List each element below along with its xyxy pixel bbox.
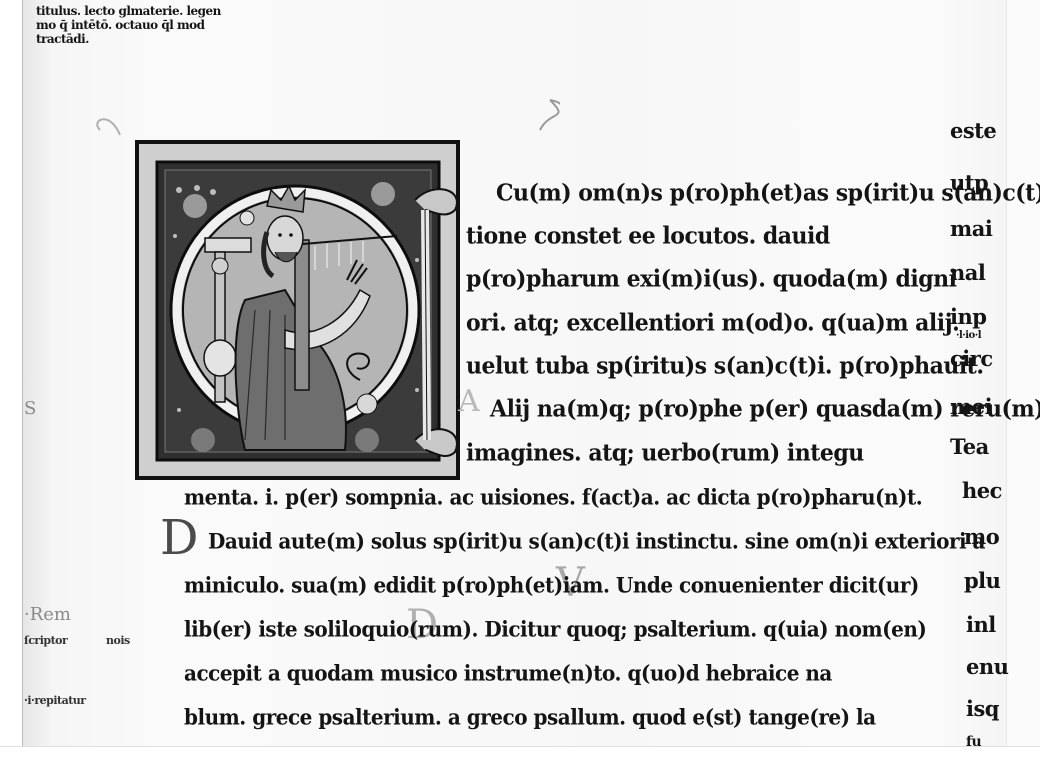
top-note-line: mo q̄ intētō. octauo q̄l mod bbox=[36, 18, 221, 32]
text-line-5: uelut tuba sp(iritu)s s(an)c(t)i. p(ro)p… bbox=[466, 352, 984, 379]
drop-initial-d: D bbox=[160, 514, 198, 562]
right-col-fragment: mei bbox=[950, 394, 992, 419]
top-note-line: tractādi. bbox=[36, 32, 221, 46]
right-col-fragment: isq bbox=[966, 696, 999, 721]
right-col-fragment: nal bbox=[950, 260, 985, 285]
photo-left-border bbox=[0, 0, 23, 768]
margin-note: ·Rem bbox=[24, 604, 71, 625]
adjacent-page-strip bbox=[1006, 0, 1040, 746]
text-line-13: blum. grece psalterium. a greco psallum.… bbox=[184, 703, 876, 730]
text-line-8: menta. i. p(er) sompnia. ac uisiones. f(… bbox=[184, 483, 922, 510]
right-col-fragment: utp bbox=[950, 170, 988, 195]
right-col-fragment: inl bbox=[966, 612, 996, 637]
right-col-fragment: enu bbox=[966, 654, 1008, 679]
right-col-fragment: circ bbox=[950, 346, 993, 371]
right-col-fragment: mo bbox=[964, 524, 999, 549]
text-line-12: accepit a quodam musico instrume(n)to. q… bbox=[184, 659, 832, 686]
margin-note: ·i·repitatur bbox=[24, 694, 86, 707]
margin-note: nois bbox=[106, 634, 130, 647]
right-col-fragment: hec bbox=[962, 478, 1002, 503]
manuscript-photograph: titulus. lecto glmaterie. legen mo q̄ in… bbox=[0, 0, 1040, 768]
right-col-fragment: este bbox=[950, 118, 996, 143]
text-line-7: imagines. atq; uerbo(rum) integu bbox=[466, 439, 864, 466]
right-col-fragment: mai bbox=[950, 216, 992, 241]
right-col-fragment: fu bbox=[966, 734, 981, 750]
faded-initial-a: A bbox=[458, 384, 480, 419]
right-col-fragment: Tea bbox=[950, 434, 989, 459]
right-col-fragment: plu bbox=[964, 568, 1000, 593]
text-line-4: ori. atq; excellentiori m(od)o. q(ua)m a… bbox=[466, 309, 959, 336]
text-line-11: lib(er) iste soliloquio(rum). Dicitur qu… bbox=[184, 615, 926, 642]
top-rubric-note: titulus. lecto glmaterie. legen mo q̄ in… bbox=[36, 4, 221, 46]
historiated-initial-c bbox=[135, 140, 460, 480]
top-note-line: titulus. lecto glmaterie. legen bbox=[36, 4, 221, 18]
text-line-10: miniculo. sua(m) edidit p(ro)ph(et)iam. … bbox=[184, 571, 919, 598]
right-col-fragment: inp bbox=[950, 304, 986, 329]
margin-note: ſcriptor bbox=[24, 634, 67, 647]
text-line-2: tione constet ee locutos. dauid bbox=[466, 222, 830, 249]
right-col-fragment: ·l·io·l bbox=[956, 330, 981, 341]
text-line-3: p(ro)pharum exi(m)i(us). quoda(m) digni bbox=[466, 265, 957, 292]
photo-bottom-border bbox=[0, 746, 1040, 768]
text-line-9: Dauid aute(m) solus sp(irit)u s(an)c(t)i… bbox=[208, 527, 985, 554]
margin-note: S bbox=[24, 398, 36, 419]
